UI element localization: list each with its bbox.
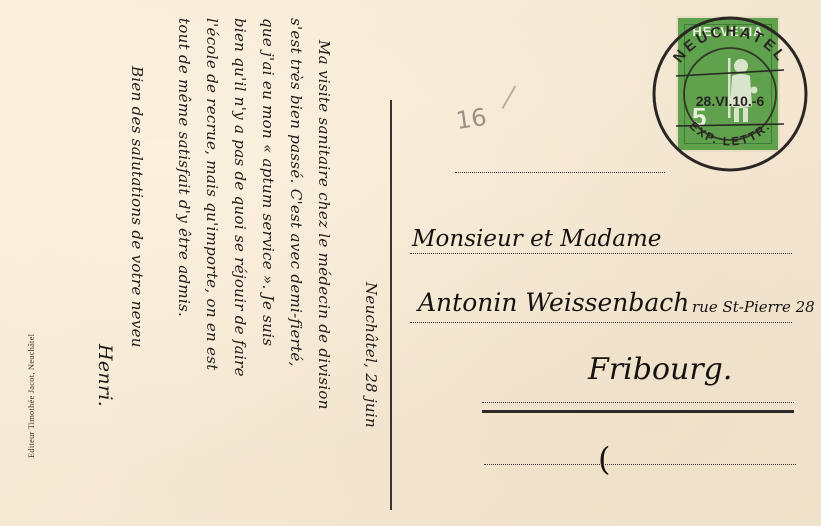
address-street: rue St-Pierre 28	[692, 298, 815, 316]
address-line-top	[455, 172, 665, 173]
address-line-4	[484, 464, 796, 465]
address-recipient: Monsieur et Madame	[412, 226, 661, 252]
address-city: Fribourg.	[588, 352, 732, 387]
pencil-note: 16	[454, 103, 488, 135]
address-line-1	[410, 253, 792, 254]
address-line-2	[410, 322, 792, 323]
message-line-6: tout de même satisfait d'y être admis.	[175, 18, 193, 317]
postmark-cancel: NEUCHATEL 28.VI.10.-6 EXP. LETTR.	[650, 14, 810, 174]
address-name: Antonin Weissenbach	[418, 288, 689, 317]
signature: Henri.	[94, 344, 116, 407]
address-underline	[482, 410, 794, 413]
address-line-3	[482, 402, 794, 403]
postcard-back: Editeur Timothée Jacot, Neuchâtel Ma vis…	[0, 0, 821, 526]
pencil-mark	[502, 85, 516, 108]
center-divider	[390, 100, 392, 510]
svg-text:EXP. LETTR.: EXP. LETTR.	[687, 119, 774, 149]
address-extra: (	[598, 440, 610, 478]
message-line-7: Bien des salutations de votre neveu	[128, 66, 146, 348]
message-line-3: que j'ai eu mon « aptum service ». Je su…	[259, 18, 277, 346]
publisher-imprint: Editeur Timothée Jacot, Neuchâtel	[26, 334, 36, 458]
message-line-1: Ma visite sanitaire chez le médecin de d…	[315, 40, 333, 410]
svg-text:28.VI.10.-6: 28.VI.10.-6	[696, 93, 765, 109]
place-date: Neuchâtel, 28 juin	[362, 282, 380, 428]
message-line-2: s'est très bien passé. C'est avec demi-f…	[287, 18, 305, 367]
message-line-5: l'école de recrue, mais qu'importe, on e…	[203, 18, 221, 371]
message-line-4: bien qu'il n'y a pas de quoi se réjouir …	[231, 18, 249, 377]
